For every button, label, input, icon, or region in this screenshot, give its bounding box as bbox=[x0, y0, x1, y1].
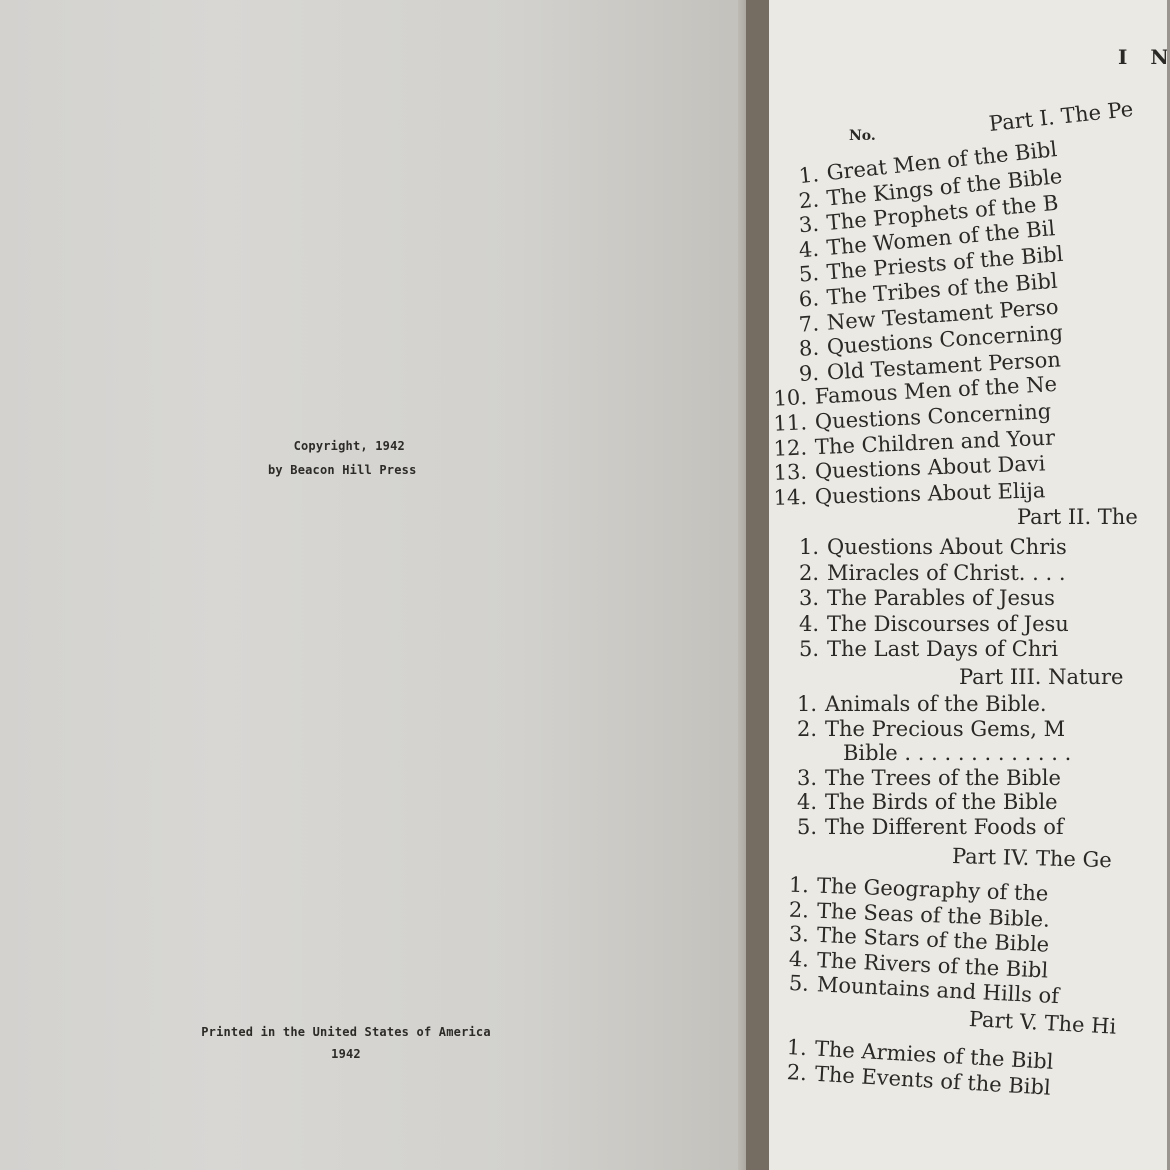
entry-number: 4. bbox=[770, 946, 809, 972]
entry-number: 9. bbox=[780, 361, 819, 387]
entry-title: The Trees of the Bible bbox=[825, 766, 1061, 790]
printed-notice: Printed in the United States of America … bbox=[190, 1021, 502, 1065]
entry-title: Miracles of Christ. . . . bbox=[827, 561, 1066, 585]
entry-number: 2. bbox=[779, 717, 817, 741]
right-page: I N No. Part I. The Pe1.Great Men of the… bbox=[769, 0, 1170, 1170]
entry-number: 14. bbox=[769, 485, 807, 510]
toc-entry: 4.The Birds of the Bible bbox=[779, 790, 1058, 814]
entry-title: Questions About Chris bbox=[827, 535, 1067, 559]
entry-number: 1. bbox=[780, 162, 820, 190]
entry-number: 5. bbox=[780, 261, 820, 288]
toc-entry: 2.Miracles of Christ. . . . bbox=[781, 561, 1066, 585]
printed-year: 1942 bbox=[190, 1043, 502, 1065]
entry-number: 11. bbox=[769, 410, 808, 436]
copyright-year: Copyright, 1942 bbox=[268, 434, 417, 458]
entry-number: 1. bbox=[781, 535, 819, 559]
toc-entry: 3.The Trees of the Bible bbox=[779, 766, 1061, 790]
entry-number: 7. bbox=[780, 311, 820, 338]
entry-number: 3. bbox=[781, 586, 819, 610]
entry-number: 4. bbox=[781, 612, 819, 636]
entry-number: 2. bbox=[769, 1059, 808, 1085]
entry-title: The Discourses of Jesu bbox=[827, 612, 1069, 636]
entry-number: 12. bbox=[769, 435, 807, 461]
entry-number: 2. bbox=[771, 897, 810, 922]
entry-number: 4. bbox=[779, 790, 817, 814]
entry-title: The Different Foods of bbox=[825, 815, 1064, 839]
left-page: Copyright, 1942 by Beacon Hill Press Pri… bbox=[0, 0, 742, 1170]
toc-entry: 1.Questions About Chris bbox=[781, 535, 1067, 559]
part-heading: Part V. The Hi bbox=[968, 1007, 1116, 1039]
toc-entry: 5.The Different Foods of bbox=[779, 815, 1064, 839]
part-heading: Part II. The bbox=[1017, 505, 1138, 529]
entry-number: 5. bbox=[779, 815, 817, 839]
entry-number: 5. bbox=[781, 637, 819, 661]
entry-title: The Birds of the Bible bbox=[825, 790, 1058, 814]
entry-number: 1. bbox=[779, 692, 817, 716]
toc-entry-continuation: Bible . . . . . . . . . . . . . bbox=[843, 741, 1071, 765]
entry-number: 3. bbox=[770, 921, 809, 947]
entry-number: 13. bbox=[769, 460, 807, 485]
entry-title: Questions About Elija bbox=[815, 478, 1046, 508]
entry-number: 3. bbox=[779, 766, 817, 790]
entry-title: Animals of the Bible. bbox=[825, 692, 1047, 716]
printed-country: Printed in the United States of America bbox=[190, 1021, 502, 1043]
entry-title: The Precious Gems, M bbox=[825, 717, 1065, 741]
book-gutter bbox=[746, 0, 770, 1170]
part-heading: Part I. The Pe bbox=[988, 97, 1134, 136]
entry-number: 10. bbox=[769, 385, 808, 411]
entry-number: 3. bbox=[780, 212, 820, 239]
entry-number: 1. bbox=[769, 1034, 808, 1060]
publisher: by Beacon Hill Press bbox=[268, 458, 417, 482]
entry-title: The Last Days of Chri bbox=[827, 637, 1058, 661]
entry-number: 4. bbox=[780, 237, 820, 264]
entry-number: 6. bbox=[780, 286, 820, 313]
entry-number: 8. bbox=[780, 336, 819, 362]
toc-entry: 1.Animals of the Bible. bbox=[779, 692, 1047, 716]
part-heading: Part IV. The Ge bbox=[952, 844, 1112, 872]
table-of-contents: Part I. The Pe1.Great Men of the Bibl2.T… bbox=[769, 0, 1170, 1170]
entry-title: The Parables of Jesus bbox=[827, 586, 1055, 610]
entry-number: 2. bbox=[781, 561, 819, 585]
copyright-notice: Copyright, 1942 by Beacon Hill Press bbox=[268, 434, 417, 482]
entry-number: 5. bbox=[770, 970, 809, 996]
toc-entry: 4.The Discourses of Jesu bbox=[781, 612, 1069, 636]
toc-entry: 2.The Precious Gems, M bbox=[779, 717, 1065, 741]
part-heading: Part III. Nature bbox=[959, 665, 1123, 689]
toc-entry: 5.The Last Days of Chri bbox=[781, 637, 1058, 661]
toc-entry: 3.The Parables of Jesus bbox=[781, 586, 1055, 610]
entry-number: 2. bbox=[780, 187, 820, 215]
entry-number: 1. bbox=[771, 872, 810, 897]
